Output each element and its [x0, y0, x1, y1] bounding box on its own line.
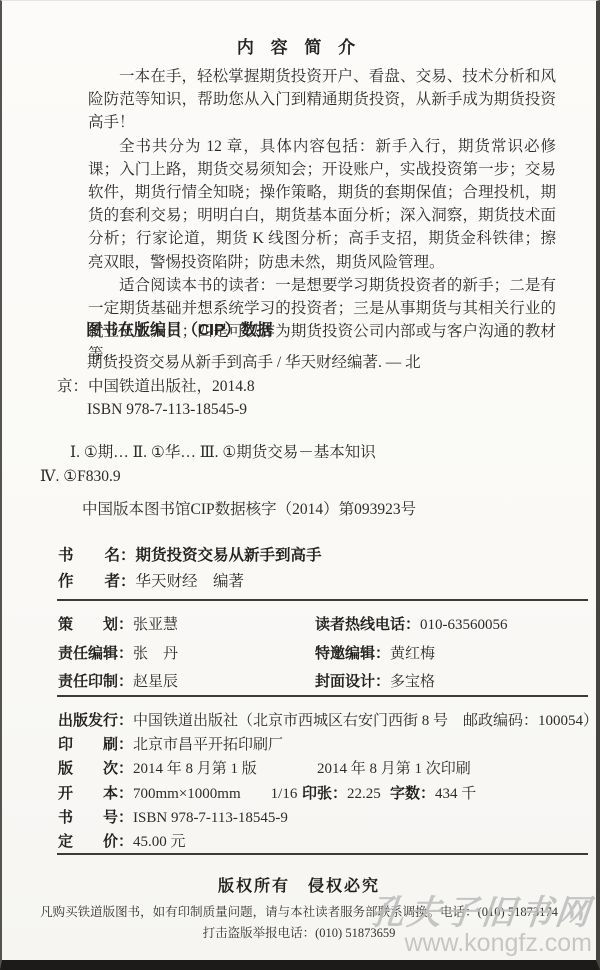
edition-value: 2014 年 8 月第 1 版: [133, 761, 257, 777]
summary-paragraph-1: 一本在手，轻松掌握期货投资开户、看盘、交易、技术分析和风险防范等知识，帮助您从入…: [88, 65, 556, 135]
sheets-value: 22.25: [347, 786, 381, 802]
format-label: 开 本：: [58, 785, 133, 802]
staff-block: 策 划：张亚慧读者热线电话：010-63560056 责任编辑：张 丹特邀编辑：…: [58, 611, 590, 697]
cover-design-label: 封面设计：: [315, 673, 390, 690]
price-row: 定 价：45.00 元: [58, 830, 592, 854]
planner-label: 策 划：: [58, 616, 133, 633]
publisher-value: 中国铁道出版社（北京市西城区右安门西街 8 号 邮政编码：100054）: [133, 713, 598, 729]
cip-register-line: 中国版本图书馆CIP数据核字（2014）第093923号: [82, 497, 416, 519]
book-name-label: 书 名：: [58, 547, 136, 564]
publication-block: 出版发行：中国铁道出版社（北京市西城区右安门西街 8 号 邮政编码：100054…: [58, 709, 592, 854]
format-row: 开 本：700mm×1000mm 1/16印张：22.25字数：434 千: [58, 782, 592, 806]
words-value: 434 千: [435, 786, 476, 802]
cip-class-line2: Ⅳ. ①F830.9: [40, 465, 577, 489]
price-value: 45.00 元: [133, 834, 186, 850]
editor-value: 张 丹: [133, 646, 178, 662]
publisher-row: 出版发行：中国铁道出版社（北京市西城区右安门西街 8 号 邮政编码：100054…: [58, 709, 592, 733]
format-value: 700mm×1000mm 1/16: [133, 786, 297, 802]
book-name-row: 书 名：期货投资交易从新手到高手: [58, 543, 588, 569]
guest-editor-label: 特邀编辑：: [315, 645, 390, 662]
hotline-field: 读者热线电话：010-63560056: [315, 611, 508, 640]
hotline-label: 读者热线电话：: [315, 616, 420, 633]
divider-rule-2: [57, 695, 588, 697]
cip-title-line1: 期货投资交易从新手到高手 / 华天财经编著. — 北: [57, 351, 577, 375]
editor-label: 责任编辑：: [58, 645, 133, 662]
isbn-value: ISBN 978-7-113-18545-9: [133, 810, 288, 826]
price-label: 定 价：: [58, 833, 133, 850]
cip-class-line1: Ⅰ. ①期… Ⅱ. ①华… Ⅲ. ①期货交易－基本知识: [57, 441, 577, 465]
isbn-row: 书 号：ISBN 978-7-113-18545-9: [58, 806, 592, 830]
kongfz-watermark: 孔夫子旧书网 www.kongfz.com: [370, 897, 592, 956]
cip-header: 图书在版编目（CIP）数据: [86, 317, 273, 340]
edition-label: 版 次：: [58, 760, 133, 777]
book-author-row: 作 者：华天财经 编著: [58, 569, 588, 595]
cip-title-line2: 京：中国铁道出版社，2014.8: [57, 378, 255, 395]
isbn-label: 书 号：: [58, 809, 133, 826]
cover-design-value: 多宝格: [390, 674, 435, 690]
printer-row: 印 刷：北京市昌平开拓印刷厂: [58, 733, 592, 757]
planner-value: 张亚慧: [133, 617, 178, 633]
staff-row: 策 划：张亚慧读者热线电话：010-63560056: [58, 611, 590, 640]
sheets-label: 印张：: [302, 785, 347, 802]
printer-label: 印 刷：: [58, 736, 133, 753]
cip-isbn-line: ISBN 978-7-113-18545-9: [57, 398, 577, 422]
kongfz-watermark-name: 孔夫子旧书网: [368, 897, 594, 931]
summary-title: 内 容 简 介: [2, 33, 596, 58]
book-author-label: 作 者：: [58, 573, 136, 590]
divider-rule-1: [57, 599, 588, 601]
divider-rule-3: [57, 853, 588, 855]
printer-value: 北京市昌平开拓印刷厂: [133, 737, 283, 753]
book-name-value: 期货投资交易从新手到高手: [136, 547, 322, 564]
guest-editor-value: 黄红梅: [390, 646, 435, 662]
copyright-statement: 版权所有 侵权必究: [2, 873, 596, 896]
words-label: 字数：: [390, 785, 435, 802]
staff-row: 责任印制：赵星辰封面设计：多宝格: [58, 668, 590, 697]
sheets-field: 印张：22.25: [302, 782, 381, 806]
kongfz-watermark-url: www.kongfz.com: [370, 931, 592, 956]
hotline-value: 010-63560056: [420, 617, 508, 633]
guest-editor-field: 特邀编辑：黄红梅: [315, 640, 435, 669]
print-supervisor-value: 赵星辰: [133, 674, 178, 690]
staff-row: 责任编辑：张 丹特邀编辑：黄红梅: [58, 640, 590, 669]
print-supervisor-label: 责任印制：: [58, 673, 133, 690]
cip-classification-block: Ⅰ. ①期… Ⅱ. ①华… Ⅲ. ①期货交易－基本知识 Ⅳ. ①F830.9: [57, 441, 577, 489]
book-name-block: 书 名：期货投资交易从新手到高手 作 者：华天财经 编著: [58, 543, 588, 595]
cip-title-block: 期货投资交易从新手到高手 / 华天财经编著. — 北 京：中国铁道出版社，201…: [57, 351, 577, 422]
words-field: 字数：434 千: [390, 782, 476, 806]
book-author-value: 华天财经 编著: [136, 573, 245, 590]
edition-row: 版 次：2014 年 8 月第 1 版2014 年 8 月第 1 次印刷: [58, 757, 592, 781]
cover-design-field: 封面设计：多宝格: [315, 668, 435, 697]
publisher-label: 出版发行：: [58, 712, 133, 729]
book-copyright-page: 内 容 简 介 一本在手，轻松掌握期货投资开户、看盘、交易、技术分析和风险防范等…: [0, 0, 600, 970]
printing-value: 2014 年 8 月第 1 次印刷: [317, 757, 471, 781]
summary-paragraph-2: 全书共分为 12 章，具体内容包括：新手入行，期货常识必修课；入门上路，期货交易…: [88, 135, 556, 274]
